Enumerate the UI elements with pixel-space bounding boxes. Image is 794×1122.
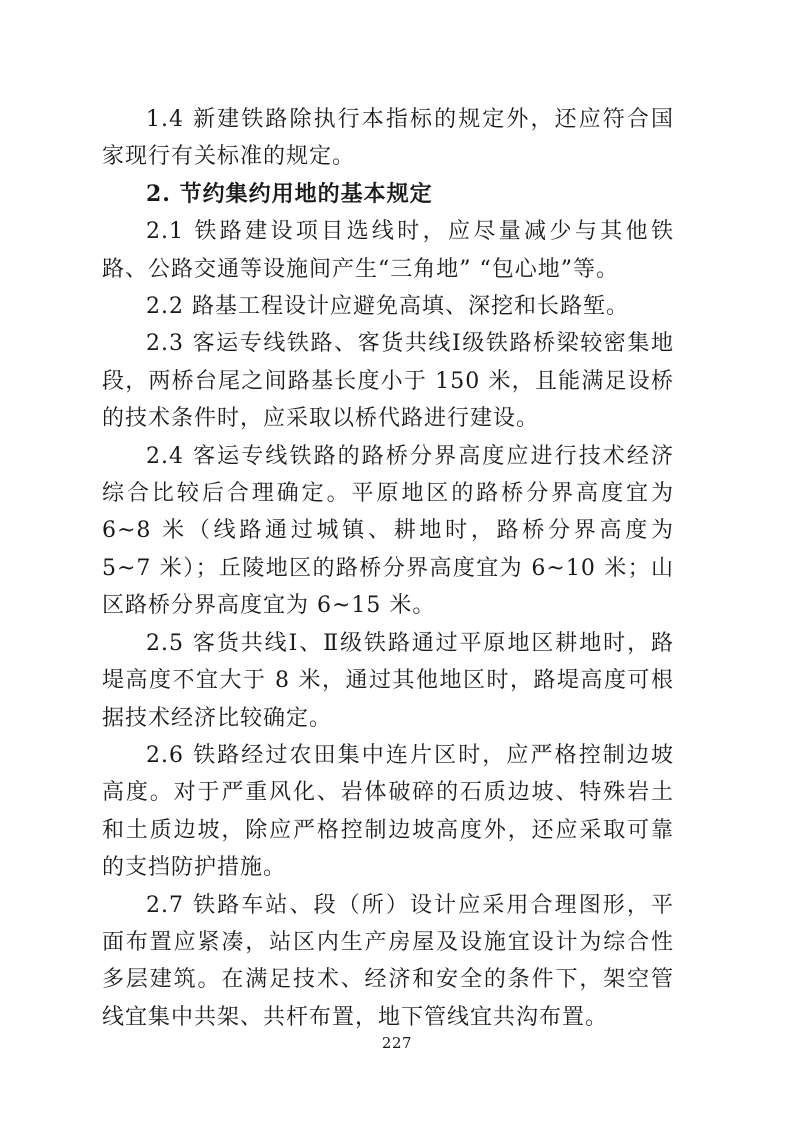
paragraph-2-1: 2.1 铁路建设项目选线时，应尽量减少与其他铁路、公路交通等设施间产生“三角地”… bbox=[102, 213, 674, 288]
paragraph-2-4: 2.4 客运专线铁路的路桥分界高度应进行技术经济综合比较后合理确定。平原地区的路… bbox=[102, 438, 674, 625]
section-heading-2: 2. 节约集约用地的基本规定 bbox=[102, 176, 674, 213]
paragraph-2-5: 2.5 客货共线Ⅰ、Ⅱ级铁路通过平原地区耕地时，路堤高度不宜大于 8 米，通过其… bbox=[102, 625, 674, 737]
paragraph-2-3: 2.3 客运专线铁路、客货共线Ⅰ级铁路桥梁较密集地段，两桥台尾之间路基长度小于 … bbox=[102, 325, 674, 437]
page-number: 227 bbox=[0, 1034, 794, 1052]
paragraph-2-6: 2.6 铁路经过农田集中连片区时，应严格控制边坡高度。对于严重风化、岩体破碎的石… bbox=[102, 737, 674, 887]
paragraph-2-2: 2.2 路基工程设计应避免高填、深挖和长路堑。 bbox=[102, 288, 674, 325]
paragraph-1-4: 1.4 新建铁路除执行本指标的规定外，还应符合国家现行有关标准的规定。 bbox=[102, 101, 674, 176]
document-page: 1.4 新建铁路除执行本指标的规定外，还应符合国家现行有关标准的规定。 2. 节… bbox=[0, 0, 794, 1122]
paragraph-2-7: 2.7 铁路车站、段（所）设计应采用合理图形，平面布置应紧凑，站区内生产房屋及设… bbox=[102, 887, 674, 1037]
document-body: 1.4 新建铁路除执行本指标的规定外，还应符合国家现行有关标准的规定。 2. 节… bbox=[102, 101, 674, 1036]
